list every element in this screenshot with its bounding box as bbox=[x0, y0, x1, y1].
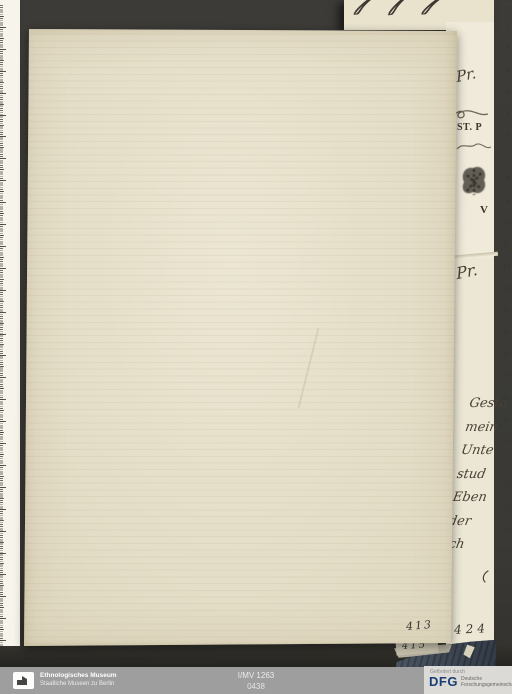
ruler-number: 8 bbox=[496, 176, 510, 184]
ruler-cm-tick bbox=[0, 334, 6, 335]
ruler-half-cm-tick bbox=[0, 520, 4, 521]
ruler-number: 15 bbox=[496, 330, 510, 338]
letterhead-crest-icon bbox=[458, 162, 490, 202]
ruler-number: 6 bbox=[496, 132, 510, 140]
ruler-number: 26 bbox=[496, 570, 510, 578]
pen-stroke-loop-icon bbox=[351, 0, 374, 15]
ruler-number: 29 bbox=[496, 636, 510, 644]
ruler-number: 12 bbox=[496, 264, 510, 272]
ruler-half-cm-tick bbox=[0, 432, 4, 433]
ruler-number: 25 bbox=[496, 549, 510, 557]
ruler-number: 11 bbox=[496, 242, 510, 250]
ruler-unit-label: cm bbox=[501, 1, 510, 8]
ruler-half-cm-tick bbox=[0, 125, 4, 126]
letterhead-text-fragment: ST. P bbox=[457, 122, 494, 133]
ruler-cm-tick bbox=[0, 27, 6, 28]
ruler-half-cm-tick bbox=[0, 82, 4, 83]
ruler-number: 24 bbox=[496, 527, 510, 535]
ruler-cm-tick bbox=[0, 115, 6, 116]
folio-number-right: 424 bbox=[454, 621, 490, 637]
handwriting-line: stud bbox=[455, 463, 499, 487]
ruler-half-cm-tick bbox=[0, 476, 4, 477]
ruler-number: 17 bbox=[496, 373, 510, 381]
ruler-cm-tick bbox=[0, 618, 6, 619]
ruler-cm-tick bbox=[0, 509, 6, 510]
ruler-half-cm-tick bbox=[0, 542, 4, 543]
ruler-half-cm-tick bbox=[0, 563, 4, 564]
ruler-cm-tick bbox=[0, 158, 6, 159]
ruler-cm-tick bbox=[0, 268, 6, 269]
ruler-half-cm-tick bbox=[0, 410, 4, 411]
ruler-number: 3 bbox=[496, 67, 510, 75]
ruler-cm-tick bbox=[0, 465, 6, 466]
ruler-cm-tick bbox=[0, 596, 6, 597]
scanned-document-viewer: Pr. ST. P V Pr. Gesta mein Unte stud Ebe… bbox=[0, 0, 512, 694]
ruler-number: 13 bbox=[496, 286, 510, 294]
ruler-half-cm-tick bbox=[0, 629, 4, 630]
ruler-half-cm-tick bbox=[0, 454, 4, 455]
ruler-number: 1 bbox=[496, 23, 510, 31]
ruler-half-cm-tick bbox=[0, 388, 4, 389]
ruler-cm-tick bbox=[0, 224, 6, 225]
ruler-cm-tick bbox=[0, 574, 6, 575]
ruler-number: 14 bbox=[496, 308, 510, 316]
ruler-half-cm-tick bbox=[0, 585, 4, 586]
ruler-number: 16 bbox=[496, 351, 510, 359]
ruler-cm-tick bbox=[0, 640, 6, 641]
ruler-half-cm-tick bbox=[0, 301, 4, 302]
ruler-half-cm-tick bbox=[0, 60, 4, 61]
ruler-number: 5 bbox=[496, 111, 510, 119]
pen-stroke-loop-icon bbox=[420, 0, 443, 15]
ruler-half-cm-tick bbox=[0, 607, 4, 608]
ruler-cm-tick bbox=[0, 93, 6, 94]
page-surface: 413 bbox=[22, 27, 458, 649]
ruler-cm-tick bbox=[0, 531, 6, 532]
paper-crease bbox=[298, 328, 319, 408]
ruler-cm-tick bbox=[0, 355, 6, 356]
pen-stroke-loop-icon bbox=[385, 0, 409, 15]
letterhead-initial: V bbox=[480, 204, 488, 216]
ruler-half-cm-tick bbox=[0, 104, 4, 105]
ruler-half-cm-tick bbox=[0, 38, 4, 39]
ruler-number: 10 bbox=[496, 220, 510, 228]
ruler-cm-tick bbox=[0, 246, 6, 247]
ruler-half-cm-tick bbox=[0, 169, 4, 170]
ruler-half-cm-tick bbox=[0, 498, 4, 499]
ruler-number: 9 bbox=[496, 198, 510, 206]
ruler-half-cm-tick bbox=[0, 191, 4, 192]
ruler-cm-tick bbox=[0, 487, 6, 488]
ruler-cm-tick bbox=[0, 443, 6, 444]
ruler-cm-tick bbox=[0, 399, 6, 400]
handwriting-line: mein bbox=[463, 416, 507, 440]
ruler-number: 2 bbox=[496, 45, 510, 53]
ruler-number: 27 bbox=[496, 592, 510, 600]
letterhead-flourish-icon bbox=[455, 140, 493, 154]
ruler-cm-tick bbox=[0, 312, 6, 313]
ruler-number: 7 bbox=[496, 154, 510, 162]
ruler-cm-tick bbox=[0, 136, 6, 137]
dfg-logo: DFG bbox=[429, 674, 458, 689]
ruler-half-cm-tick bbox=[0, 235, 4, 236]
ruler-half-cm-tick bbox=[0, 344, 4, 345]
funding-block: Gefördert durch DFG Deutsche Forschungsg… bbox=[424, 666, 512, 694]
ruler-cm-tick bbox=[0, 377, 6, 378]
ruler-cm-tick bbox=[0, 290, 6, 291]
ruler-number: 22 bbox=[496, 483, 510, 491]
ruler-cm-tick bbox=[0, 71, 6, 72]
ruler-cm-tick bbox=[0, 421, 6, 422]
pen-mark-icon bbox=[480, 570, 490, 584]
ruler-half-cm-tick bbox=[0, 323, 4, 324]
ruler-number: 4 bbox=[496, 89, 510, 97]
funding-organization-line: Forschungsgemeinschaft bbox=[461, 683, 512, 689]
handwriting-line: Unte bbox=[459, 439, 503, 463]
ruler-cm-tick bbox=[0, 49, 6, 50]
handwriting-line: Gesta bbox=[467, 392, 511, 416]
ruler-number: 28 bbox=[496, 614, 510, 622]
ruler-cm-tick bbox=[0, 553, 6, 554]
archive-info-bar: Ethnologisches Museum Staatliche Museen … bbox=[0, 667, 512, 694]
ruler-cm-tick bbox=[0, 202, 6, 203]
ruler-half-cm-tick bbox=[0, 279, 4, 280]
ruler-half-cm-tick bbox=[0, 147, 4, 148]
ruler-half-cm-tick bbox=[0, 16, 4, 17]
ruler-half-cm-tick bbox=[0, 257, 4, 258]
ruler-half-cm-tick bbox=[0, 366, 4, 367]
ruler-number: 23 bbox=[496, 505, 510, 513]
blank-document-page: 413 bbox=[22, 27, 458, 649]
ruler-half-cm-tick bbox=[0, 213, 4, 214]
handwritten-abbreviation: Pr. bbox=[455, 260, 478, 284]
folio-number-left: 413 bbox=[405, 618, 433, 633]
funding-organization: Deutsche Forschungsgemeinschaft bbox=[461, 677, 512, 688]
ruler-scale: cm 1234567891011121314151617181920212223… bbox=[0, 0, 20, 667]
ruler-cm-tick bbox=[0, 180, 6, 181]
